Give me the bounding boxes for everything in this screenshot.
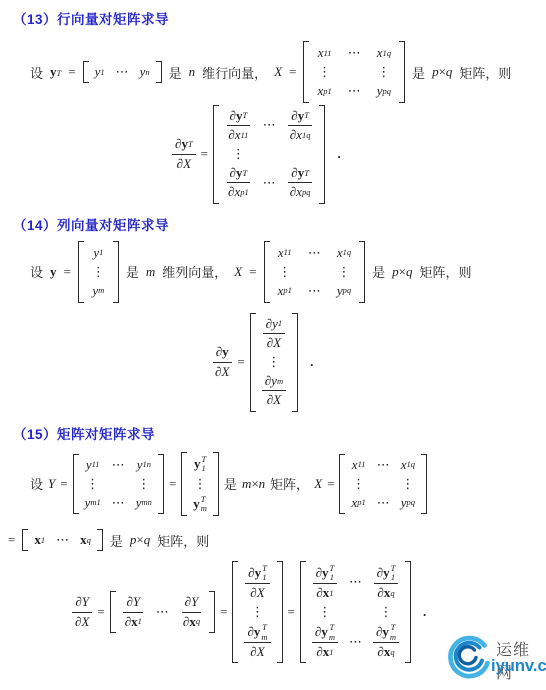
text-run: 维列向量， xyxy=(162,262,227,281)
section-15-intro-line1: 设 Y = y11 ⋯ y1n ⋮ ⋮ ym1 ⋯ ymn = yT1 ⋮ xyxy=(30,444,427,523)
matrix-X: x11 ⋯ x1q ⋮ ⋮ xp1 ⋯ ypq xyxy=(339,454,427,514)
matrix-cell: ⋯ xyxy=(349,574,362,590)
right-bracket xyxy=(113,241,119,303)
formula-14: ∂y ∂X = ∂y1 ∂X ⋮ ∂ym ∂X . xyxy=(212,312,313,412)
right-bracket xyxy=(156,61,162,83)
right-bracket xyxy=(277,561,283,664)
math-sym: = xyxy=(289,64,296,80)
right-bracket xyxy=(213,452,219,516)
matrix-cell: ⋮ xyxy=(318,64,331,80)
matrix-cell: ⋯ xyxy=(263,175,276,191)
right-bracket xyxy=(292,313,298,412)
math-pxq: p×q xyxy=(432,64,452,80)
matrix-Y: y11 ⋯ y1n ⋮ ⋮ ym1 ⋯ ymn xyxy=(73,454,164,514)
matrix-X: x11 ⋯ x1q ⋮ ⋮ xp1 ⋯ ypq xyxy=(303,41,405,103)
matrix-cell: ⋯ xyxy=(349,634,362,650)
matrix-cell: yT1 xyxy=(194,455,206,473)
text-run: 设 xyxy=(30,474,43,493)
section-14-intro: 设 y = y1 ⋮ ym 是 m 维列向量， X = x11 ⋯ x1q ⋮ … xyxy=(30,233,472,310)
watermark-domain: iyunv.com xyxy=(491,657,546,676)
matrix-cell: yTm xyxy=(193,495,207,513)
math-sym: = xyxy=(249,264,256,280)
matrix-cell: y1 xyxy=(95,64,105,80)
math-var: n xyxy=(189,64,196,80)
fraction-cell: ∂yT1 ∂xq xyxy=(374,564,399,601)
math-var: X xyxy=(314,476,322,492)
math-sym: = xyxy=(64,264,71,280)
matrix-cell: x11 xyxy=(318,45,332,61)
section-13-heading: （13）行向量对矩阵求导 xyxy=(13,8,169,28)
section-15-heading: （15）矩阵对矩阵求导 xyxy=(13,423,155,443)
fraction-cell: ∂y1 ∂X xyxy=(263,316,285,352)
matrix-cell: ⋮ xyxy=(401,476,414,492)
derivative-matrix: ∂yT ∂x11 ⋯ ∂yT ∂x1q ⋮ ∂yT ∂xp1 ⋯ ∂yT xyxy=(213,105,325,204)
text-run: 是 xyxy=(372,262,385,281)
text-run: 是 xyxy=(126,262,139,281)
text-run: 是 xyxy=(169,63,182,82)
fraction-cell: ∂yT ∂xpq xyxy=(287,165,314,201)
matrix-cell: ⋯ xyxy=(156,604,169,620)
math-sym: = xyxy=(8,532,15,548)
math-var: Y xyxy=(48,476,55,492)
derivative-matrix: ∂y1 ∂X ⋮ ∂ym ∂X xyxy=(250,313,298,412)
text-run: 矩阵，则 xyxy=(459,63,511,82)
column-vector-y: y1 ⋮ ym xyxy=(78,241,119,303)
matrix-cell: x1q xyxy=(401,457,415,473)
matrix-cell: ⋯ xyxy=(116,64,129,80)
text-run: 矩阵，则 xyxy=(157,531,209,550)
fraction-cell: ∂yT ∂xp1 xyxy=(225,165,252,201)
right-bracket xyxy=(421,454,427,514)
fraction-cell: ∂ym ∂X xyxy=(262,373,286,409)
text-run: 设 xyxy=(30,63,43,82)
math-var: m xyxy=(146,264,155,280)
matrix-cell: ⋯ xyxy=(56,532,69,548)
matrix-cell: ⋮ xyxy=(379,604,392,620)
matrix-cell: x1q xyxy=(377,45,391,61)
math-pxq: p×q xyxy=(392,264,412,280)
matrix-cell: ypq xyxy=(337,283,351,299)
matrix-cell: ⋯ xyxy=(348,45,361,61)
matrix-cell: ⋮ xyxy=(377,64,390,80)
matrix-cell: ⋮ xyxy=(278,264,291,280)
fraction-cell: ∂Y ∂xq xyxy=(180,594,203,630)
fraction-cell: ∂Y ∂x1 xyxy=(122,594,145,630)
fraction-cell: ∂yT ∂x11 xyxy=(225,108,251,144)
math-sym: = xyxy=(97,604,104,620)
text-run: 设 xyxy=(30,262,43,281)
math-pxq: p×q xyxy=(130,532,150,548)
document-page: （13）行向量对矩阵求导 设 yT = y1 ⋯ yn 是 n 维行向量， X … xyxy=(0,0,546,690)
right-bracket xyxy=(158,454,164,514)
matrix-cell: xq xyxy=(80,532,91,548)
math-sym: = xyxy=(288,604,295,620)
matrix-cell: ⋯ xyxy=(112,457,125,473)
matrix-cell: ym1 xyxy=(85,495,101,511)
iyunv-logo-icon xyxy=(444,632,494,682)
matrix-cell: ymn xyxy=(136,495,152,511)
matrix-cell: x1q xyxy=(337,245,351,261)
math-sym: = xyxy=(327,476,334,492)
math-sym: = xyxy=(169,476,176,492)
matrix-cell: ⋮ xyxy=(137,476,150,492)
right-bracket xyxy=(399,41,405,103)
math-sym: = xyxy=(220,604,227,620)
matrix-cell: ⋯ xyxy=(308,245,321,261)
matrix-X: x11 ⋯ x1q ⋮ ⋮ xp1 ⋯ ypq xyxy=(264,241,366,303)
text-run: 是 xyxy=(224,474,237,493)
matrix-cell: x11 xyxy=(352,457,366,473)
section-15-intro-line2: = x1 ⋯ xq 是 p×q 矩阵，则 xyxy=(8,527,209,553)
text-run: 是 xyxy=(110,531,123,550)
column-vector-yT: yT1 ⋮ yTm xyxy=(181,452,219,516)
derivative-matrix-2: ∂yT1 ∂X ⋮ ∂yTm ∂X xyxy=(232,561,282,664)
text-run: 是 xyxy=(412,63,425,82)
matrix-cell: ⋮ xyxy=(318,604,331,620)
matrix-cell: ⋮ xyxy=(232,146,245,162)
matrix-cell: ⋯ xyxy=(377,457,390,473)
matrix-cell: ⋯ xyxy=(263,117,276,133)
section-13-intro: 设 yT = y1 ⋯ yn 是 n 维行向量， X = x11 ⋯ x1q ⋮… xyxy=(30,36,511,108)
fraction-cell: ∂yT1 ∂x1 xyxy=(313,564,338,601)
matrix-cell: ⋮ xyxy=(194,476,207,492)
period: . xyxy=(337,146,340,162)
math-var: X xyxy=(274,64,282,80)
matrix-cell: ⋮ xyxy=(338,264,351,280)
matrix-cell: xp1 xyxy=(317,83,331,99)
fraction-lhs: ∂y ∂X xyxy=(212,344,232,380)
math-var: X xyxy=(234,264,242,280)
right-bracket xyxy=(359,241,365,303)
derivative-matrix-1: ∂Y ∂x1 ⋯ ∂Y ∂xq xyxy=(110,591,215,633)
math-sym: = xyxy=(237,354,244,370)
matrix-cell: ⋯ xyxy=(308,283,321,299)
matrix-cell: y1n xyxy=(137,457,151,473)
right-bracket xyxy=(405,561,411,664)
text-run: 矩阵， xyxy=(270,474,309,493)
math-yT: yT xyxy=(50,64,61,80)
math-sym: = xyxy=(201,146,208,162)
text-run: 矩阵，则 xyxy=(420,262,472,281)
matrix-cell: ⋮ xyxy=(86,476,99,492)
matrix-cell: ⋮ xyxy=(92,264,105,280)
matrix-cell: ypq xyxy=(377,83,391,99)
section-14-heading: （14）列向量对矩阵求导 xyxy=(13,214,169,234)
matrix-cell: x1 xyxy=(34,532,45,548)
matrix-cell: ⋯ xyxy=(112,495,125,511)
math-sym: = xyxy=(60,476,67,492)
matrix-cell: xp1 xyxy=(351,495,365,511)
fraction-lhs: ∂Y ∂X xyxy=(72,594,92,630)
right-bracket xyxy=(209,591,215,633)
math-y: y xyxy=(50,264,57,280)
matrix-cell: ⋯ xyxy=(348,83,361,99)
fraction-cell: ∂yTm ∂xq xyxy=(373,623,399,660)
matrix-cell: ypq xyxy=(401,495,415,511)
fraction-cell: ∂yT ∂x1q xyxy=(287,108,314,144)
math-sym: = xyxy=(68,64,75,80)
matrix-cell: y11 xyxy=(86,457,100,473)
math-mxn: m×n xyxy=(242,476,265,492)
matrix-cell: ⋮ xyxy=(251,604,264,620)
right-bracket xyxy=(319,105,325,204)
matrix-cell: ⋯ xyxy=(377,495,390,511)
text-run: 维行向量， xyxy=(202,63,267,82)
matrix-cell: ⋮ xyxy=(352,476,365,492)
matrix-cell: xp1 xyxy=(278,283,292,299)
period: . xyxy=(310,354,313,370)
row-vector-y: y1 ⋯ yn xyxy=(83,61,162,83)
fraction-cell: ∂yTm ∂x1 xyxy=(312,623,338,660)
matrix-cell: ⋮ xyxy=(267,354,280,370)
watermark: 运维网 iyunv.com xyxy=(444,630,546,686)
formula-13: ∂yT ∂X = ∂yT ∂x11 ⋯ ∂yT ∂x1q ⋮ ∂yT xyxy=(172,104,341,204)
fraction-cell: ∂yT1 ∂X xyxy=(245,564,270,601)
matrix-cell: yn xyxy=(140,64,150,80)
period: . xyxy=(423,604,426,620)
row-vector-x: x1 ⋯ xq xyxy=(22,529,103,551)
derivative-matrix-3: ∂yT1 ∂x1 ⋯ ∂yT1 ∂xq ⋮ ⋮ ∂yTm ∂x1 ⋯ ∂yTm xyxy=(300,561,411,664)
right-bracket xyxy=(97,529,103,551)
matrix-cell: x11 xyxy=(278,245,292,261)
matrix-cell: y1 xyxy=(93,245,103,261)
fraction-cell: ∂yTm ∂X xyxy=(244,623,270,660)
fraction-lhs: ∂yT ∂X xyxy=(172,136,196,172)
formula-15: ∂Y ∂X = ∂Y ∂x1 ⋯ ∂Y ∂xq = xyxy=(72,556,426,668)
matrix-cell: ym xyxy=(92,283,104,299)
